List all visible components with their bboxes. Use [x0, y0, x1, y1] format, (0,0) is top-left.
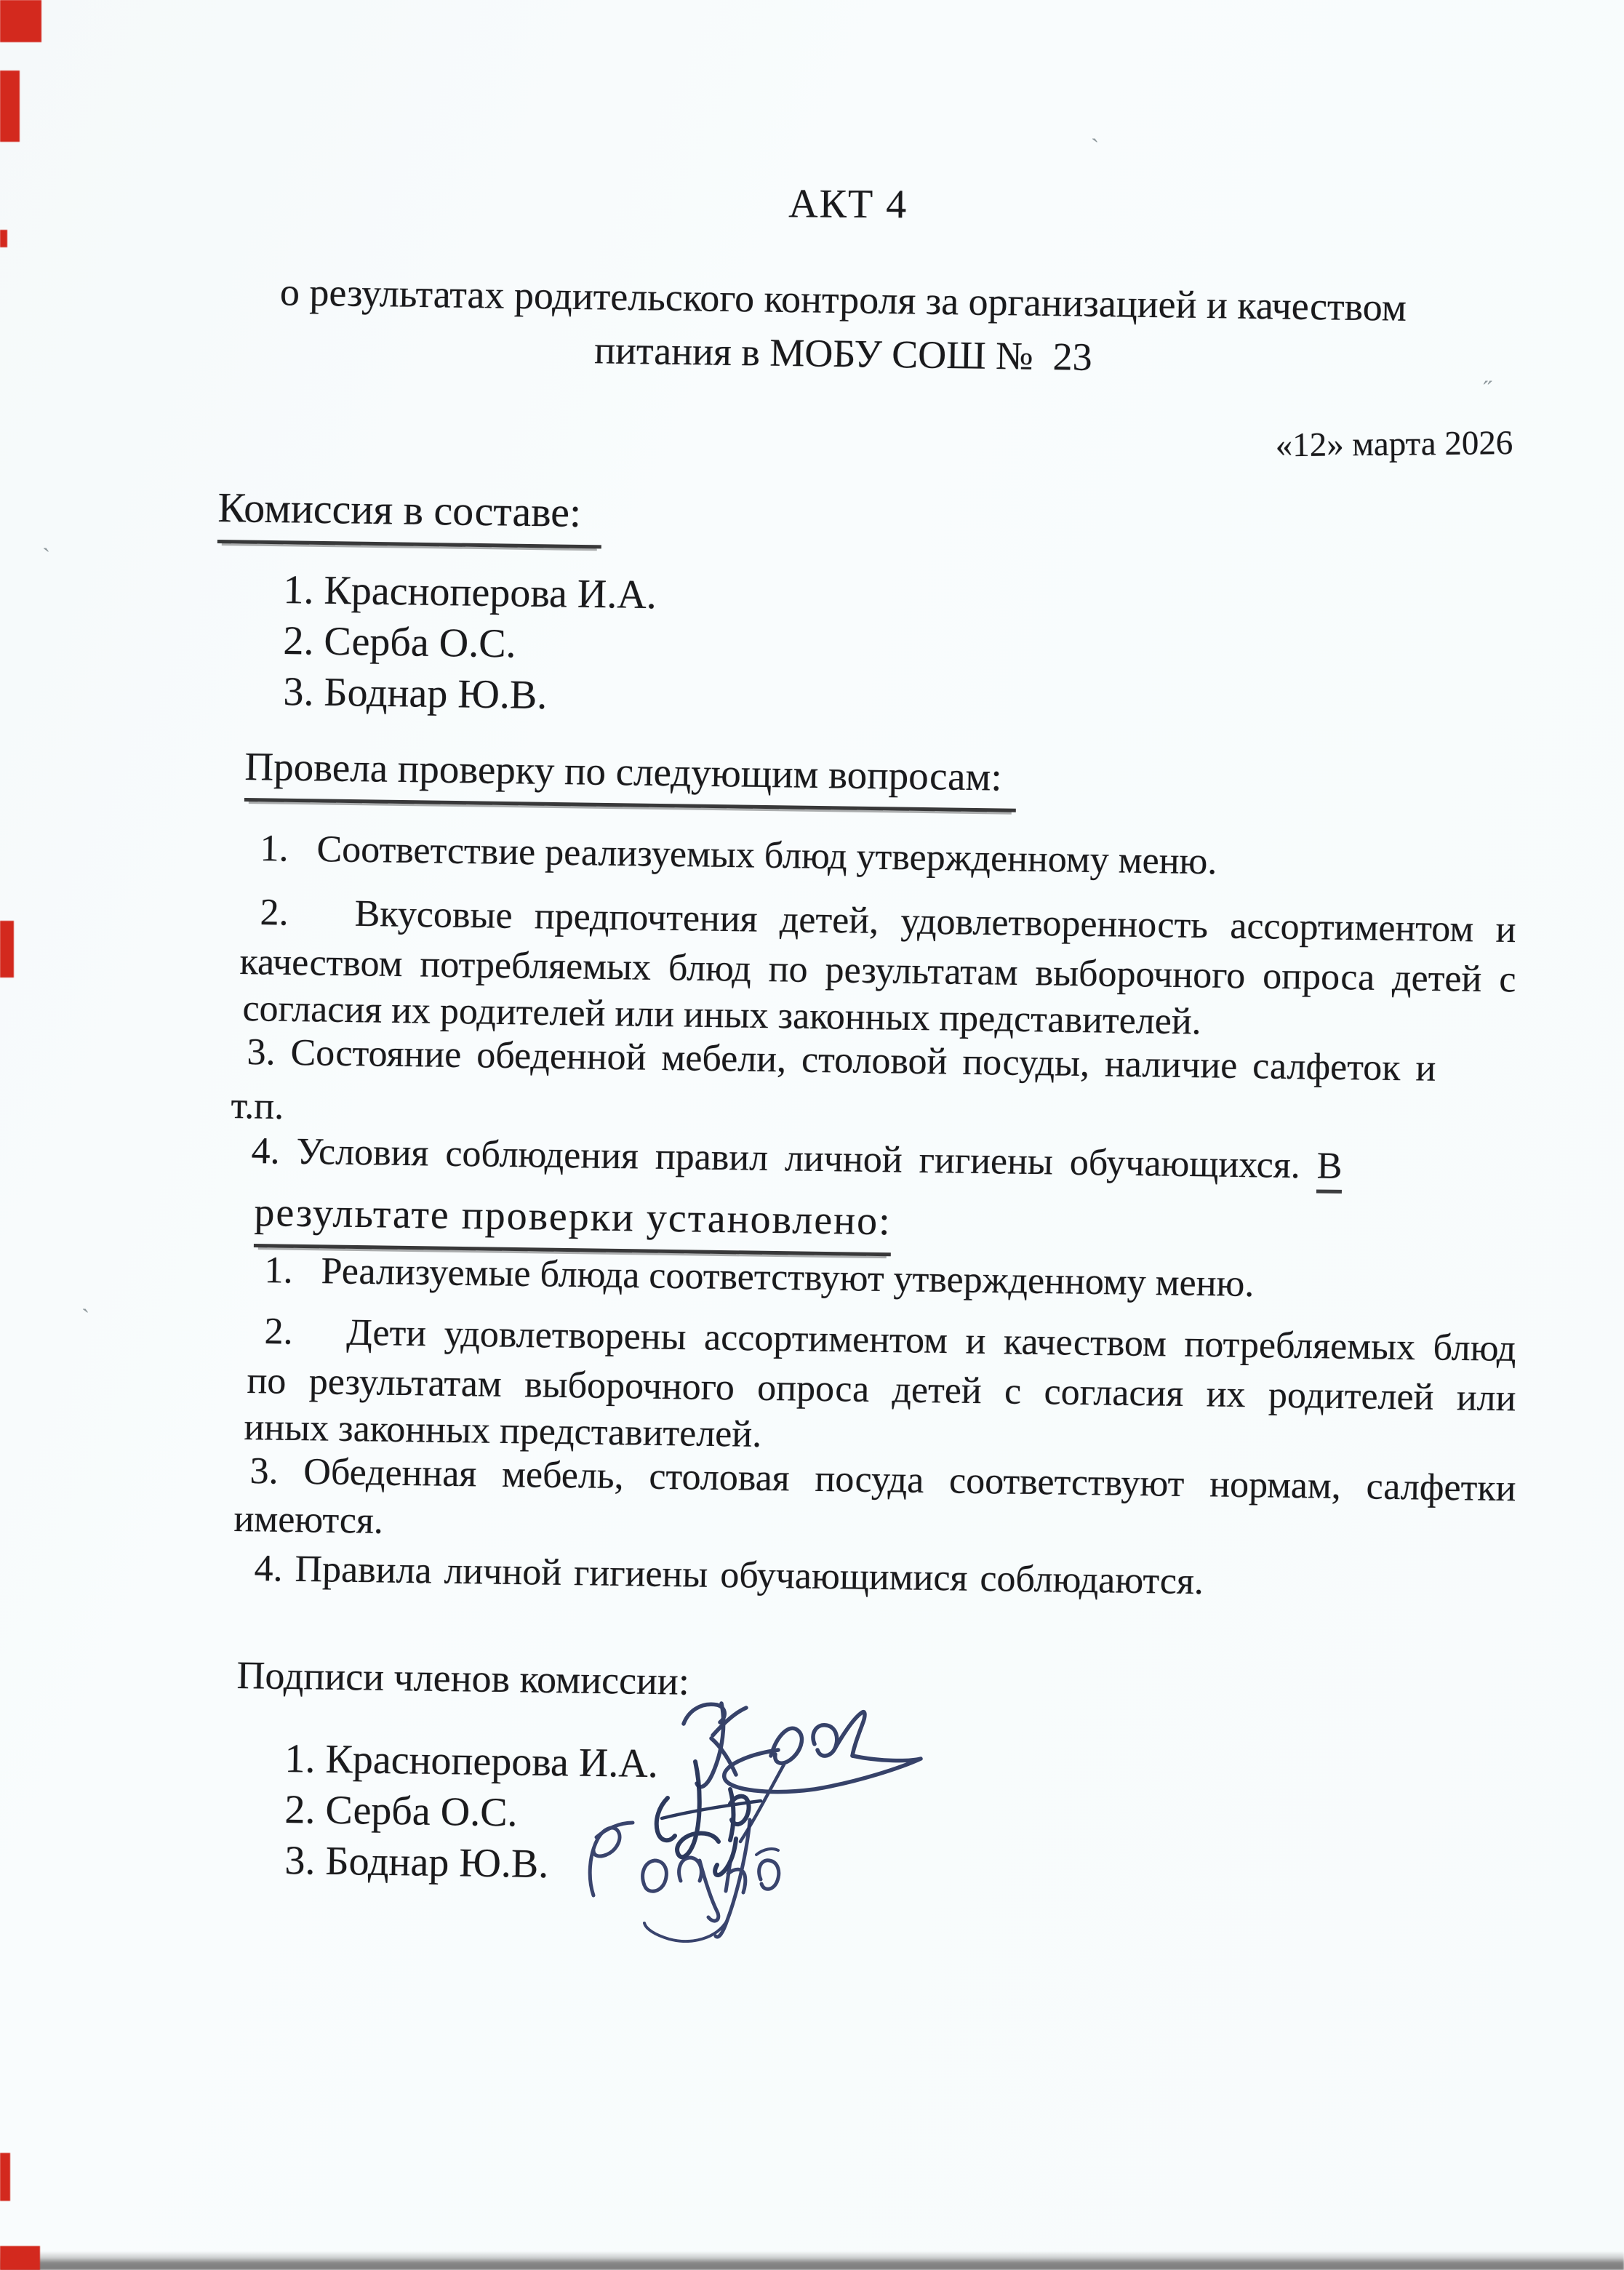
- scan-artifact-red-bar-middle: [0, 921, 14, 978]
- result-3-line-1: 3. Обеденная мебель, столовая посуда соо…: [249, 1449, 1516, 1511]
- commission-member-2: 2. Серба О.С.: [283, 617, 516, 668]
- question-1: 1. Соответствие реализуемых блюд утвержд…: [260, 826, 1217, 884]
- question-4-underlined-word: В: [1316, 1145, 1343, 1193]
- result-1: 1. Реализуемые блюда соответствуют утвер…: [264, 1248, 1255, 1306]
- scan-artifact-red-dot: [0, 230, 7, 247]
- result-4: 4. Правила личной гигиены обучающимися с…: [254, 1546, 1204, 1604]
- commission-member-3: 3. Боднар Ю.В.: [283, 668, 548, 719]
- scan-speck: ˋ: [1091, 135, 1099, 162]
- scan-speck: ˋ: [42, 544, 50, 572]
- commission-heading-text: Комиссия в составе:: [217, 483, 602, 549]
- question-4-line-1: 4. Условия соблюдения правил личной гиги…: [251, 1129, 1343, 1188]
- scanned-document-page: ˋ ˝ ˋ ˏ АКТ 4 о результатах родительског…: [0, 0, 1624, 2270]
- results-heading-text: результате проверки установлено:: [254, 1188, 892, 1256]
- scan-artifact-bottom-strip: [0, 2251, 1624, 2270]
- scan-speck: ˏ: [81, 1286, 89, 1314]
- commission-heading: Комиссия в составе:: [217, 483, 602, 549]
- scan-artifact-red-bar-bottom: [0, 2153, 10, 2201]
- document-date: «12» марта 2026: [1062, 423, 1513, 468]
- handwritten-signatures: [553, 1680, 960, 1971]
- commission-member-1: 1. Красноперова И.А.: [283, 566, 657, 619]
- inspection-heading: Провела проверку по следующим вопросам:: [244, 743, 1017, 812]
- question-3-line-1: 3. Состояние обеденной мебели, столовой …: [247, 1030, 1436, 1091]
- signature-krasnoperova-ink: [684, 1703, 921, 1842]
- signature-row-2-name: 2. Серба О.С.: [284, 1786, 518, 1837]
- question-3-line-2: т.п.: [231, 1084, 284, 1129]
- results-heading: результате проверки установлено:: [254, 1188, 892, 1256]
- scan-artifact-red-bar-top: [0, 71, 20, 142]
- inspection-heading-text: Провела проверку по следующим вопросам:: [244, 743, 1017, 812]
- question-4-text: 4. Условия соблюдения правил личной гиги…: [251, 1130, 1300, 1186]
- result-3-line-2: имеются.: [233, 1497, 383, 1543]
- act-title: АКТ 4: [36, 175, 1624, 234]
- scan-artifact-red-bottom-corner: [0, 2246, 40, 2270]
- scan-artifact-red-corner: [0, 0, 41, 42]
- signature-row-3-name: 3. Боднар Ю.В.: [284, 1837, 549, 1888]
